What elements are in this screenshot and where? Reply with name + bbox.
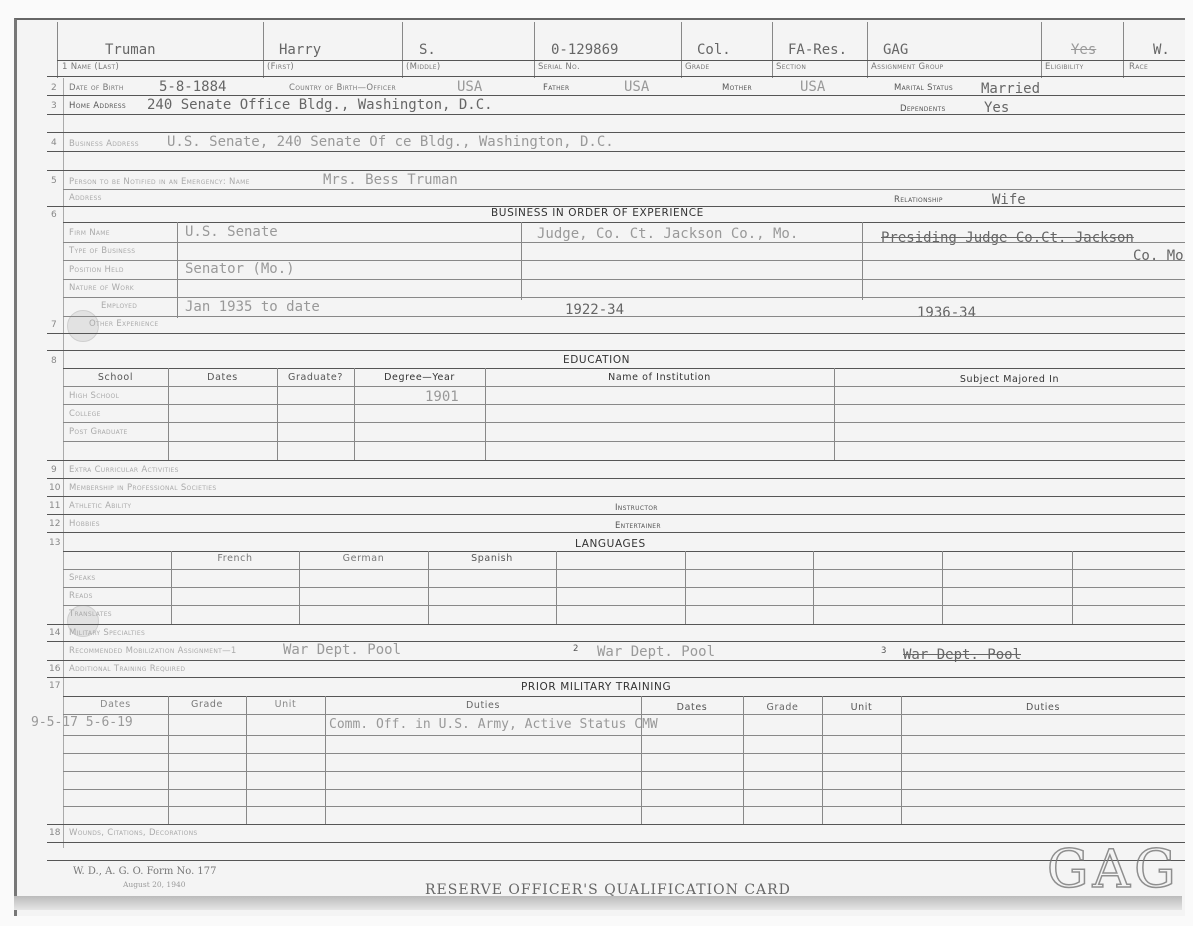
professional-societies-label: Membership in Professional Societies: [69, 483, 216, 493]
speaks-label: Speaks: [69, 573, 95, 583]
dob-value: 5-8-1884: [159, 79, 226, 95]
address-label: Address: [69, 193, 102, 203]
firm-name-label: Firm Name: [69, 228, 110, 238]
military-section-title: PRIOR MILITARY TRAINING: [521, 681, 671, 693]
institution-header: Name of Institution: [485, 372, 834, 383]
country-label: Country of Birth—Officer: [289, 83, 396, 93]
business-section-title: BUSINESS IN ORDER OF EXPERIENCE: [491, 207, 704, 219]
athletic-ability-label: Athletic Ability: [69, 501, 131, 511]
home-address-label: Home Address: [69, 101, 126, 111]
mother-label: Mother: [722, 83, 752, 93]
position-held-1: Senator (Mo.): [185, 261, 295, 277]
dependents-label: Dependents: [900, 104, 946, 114]
middle-label: (Middle): [406, 62, 441, 72]
race-label: Race: [1129, 62, 1148, 72]
home-address-value: 240 Senate Office Bldg., Washington, D.C…: [147, 97, 493, 113]
post-graduate-label: Post Graduate: [69, 427, 128, 437]
business-address-label: Business Address: [69, 139, 139, 149]
serial-label: Serial No.: [538, 62, 580, 72]
college-label: College: [69, 409, 101, 419]
eligibility-value: Yes: [1071, 42, 1096, 58]
row-number: 7: [51, 320, 57, 330]
high-school-label: High School: [69, 391, 119, 401]
serial-number-value: 0-129869: [551, 42, 618, 58]
mobilization-assignment-1: War Dept. Pool: [283, 642, 401, 658]
name-last-label: 1 Name (Last): [62, 62, 119, 72]
military-dates-value: 9-5-17 5-6-19: [31, 715, 133, 730]
assignment-group-label: Assignment Group: [871, 62, 943, 72]
dates-header-2: Dates: [641, 702, 743, 713]
firm-name-2: Judge, Co. Ct. Jackson Co., Mo.: [537, 226, 798, 242]
school-header: School: [63, 372, 168, 383]
row-number: 5: [51, 176, 57, 186]
qualification-card: Truman Harry S. 0-129869 Col. FA-Res. GA…: [14, 18, 1185, 916]
father-value: USA: [624, 79, 649, 95]
dates-header: Dates: [168, 372, 277, 383]
unit-header: Unit: [246, 699, 325, 710]
marital-status-label: Marital Status: [894, 83, 953, 93]
german-header: German: [299, 553, 428, 564]
employed-3: 1936-34: [917, 305, 976, 321]
row-number: 6: [51, 210, 57, 220]
card-bottom-edge: [14, 896, 1182, 910]
mobilization-assignment-2: War Dept. Pool: [597, 644, 715, 660]
employed-1: Jan 1935 to date: [185, 299, 320, 315]
dates-header: Dates: [63, 699, 168, 710]
spanish-header: Spanish: [428, 553, 556, 564]
emergency-contact-label: Person to be Notified in an Emergency: N…: [69, 177, 250, 187]
emergency-contact-value: Mrs. Bess Truman: [323, 172, 458, 188]
firm-name-3-cont: Co. Mo: [1133, 248, 1184, 264]
hobbies-label: Hobbies: [69, 519, 100, 529]
middle-name-value: S.: [419, 42, 436, 58]
row-number: 4: [51, 138, 57, 148]
mobilization-label: Recommended Mobilization Assignment—1: [69, 646, 237, 656]
type-of-business-label: Type of Business: [69, 246, 135, 256]
eligibility-label: Eligibility: [1045, 62, 1084, 72]
last-name-value: Truman: [105, 42, 156, 58]
education-section-title: EDUCATION: [563, 354, 630, 366]
assignment-3-number: 3: [881, 646, 887, 656]
position-held-label: Position Held: [69, 265, 124, 275]
additional-training-label: Additional Training Required: [69, 664, 185, 674]
mother-value: USA: [800, 79, 825, 95]
other-experience-label: Other Experience: [89, 319, 158, 329]
race-value: W.: [1153, 42, 1170, 58]
grade-value: Col.: [697, 42, 731, 58]
military-specialties-label: Military Specialties: [69, 628, 145, 638]
instructor-label: Instructor: [615, 503, 658, 513]
row-number: 3: [51, 101, 57, 111]
row-number: 9: [51, 465, 57, 475]
row-number: 14: [49, 628, 60, 638]
first-name-value: Harry: [279, 42, 321, 58]
wounds-label: Wounds, Citations, Decorations: [69, 828, 198, 838]
row-number: 12: [49, 519, 60, 529]
languages-section-title: LANGUAGES: [575, 538, 646, 550]
unit-header-2: Unit: [822, 702, 901, 713]
row-number: 13: [49, 538, 60, 548]
grade-header: Grade: [168, 699, 246, 710]
row-number: 11: [49, 501, 60, 511]
assignment-2-number: 2: [573, 644, 579, 654]
grade-header-2: Grade: [743, 702, 822, 713]
form-date: August 20, 1940: [123, 880, 186, 889]
graduate-header: Graduate?: [277, 372, 354, 383]
form-number: W. D., A. G. O. Form No. 177: [73, 866, 217, 877]
gag-stamp: GAG: [1047, 840, 1180, 900]
dob-label: Date of Birth: [69, 83, 124, 93]
section-value: FA-Res.: [788, 42, 847, 58]
father-label: Father: [543, 83, 569, 93]
relationship-label: Relationship: [894, 195, 943, 205]
row-number: 2: [51, 83, 57, 93]
high-school-year: 1901: [425, 389, 459, 405]
row-number: 8: [51, 356, 57, 366]
degree-year-header: Degree—Year: [354, 372, 485, 383]
firm-name-1: U.S. Senate: [185, 224, 278, 240]
row-number: 17: [49, 681, 60, 691]
french-header: French: [171, 553, 299, 564]
section-label: Section: [776, 62, 806, 72]
military-duties-value: Comm. Off. in U.S. Army, Active Status C…: [329, 717, 658, 732]
row-number: 18: [49, 828, 60, 838]
employed-label: Employed: [101, 301, 137, 311]
nature-of-work-label: Nature of Work: [69, 283, 134, 293]
row-number: 16: [49, 664, 60, 674]
grade-label: Grade: [685, 62, 710, 72]
duties-header: Duties: [325, 700, 641, 711]
subject-header: Subject Majored In: [834, 374, 1185, 385]
first-label: (First): [267, 62, 294, 72]
duties-header-2: Duties: [901, 702, 1185, 713]
translates-label: Translates: [69, 609, 112, 619]
extra-curricular-label: Extra Curricular Activities: [69, 465, 179, 475]
assignment-group-value: GAG: [883, 42, 908, 58]
row-number: 10: [49, 483, 60, 493]
reads-label: Reads: [69, 591, 93, 601]
firm-name-3: Presiding Judge Co.Ct. Jackson: [881, 230, 1134, 246]
business-address-value: U.S. Senate, 240 Senate Of ce Bldg., Was…: [167, 134, 614, 150]
country-value: USA: [457, 79, 482, 95]
entertainer-label: Entertainer: [615, 521, 661, 531]
